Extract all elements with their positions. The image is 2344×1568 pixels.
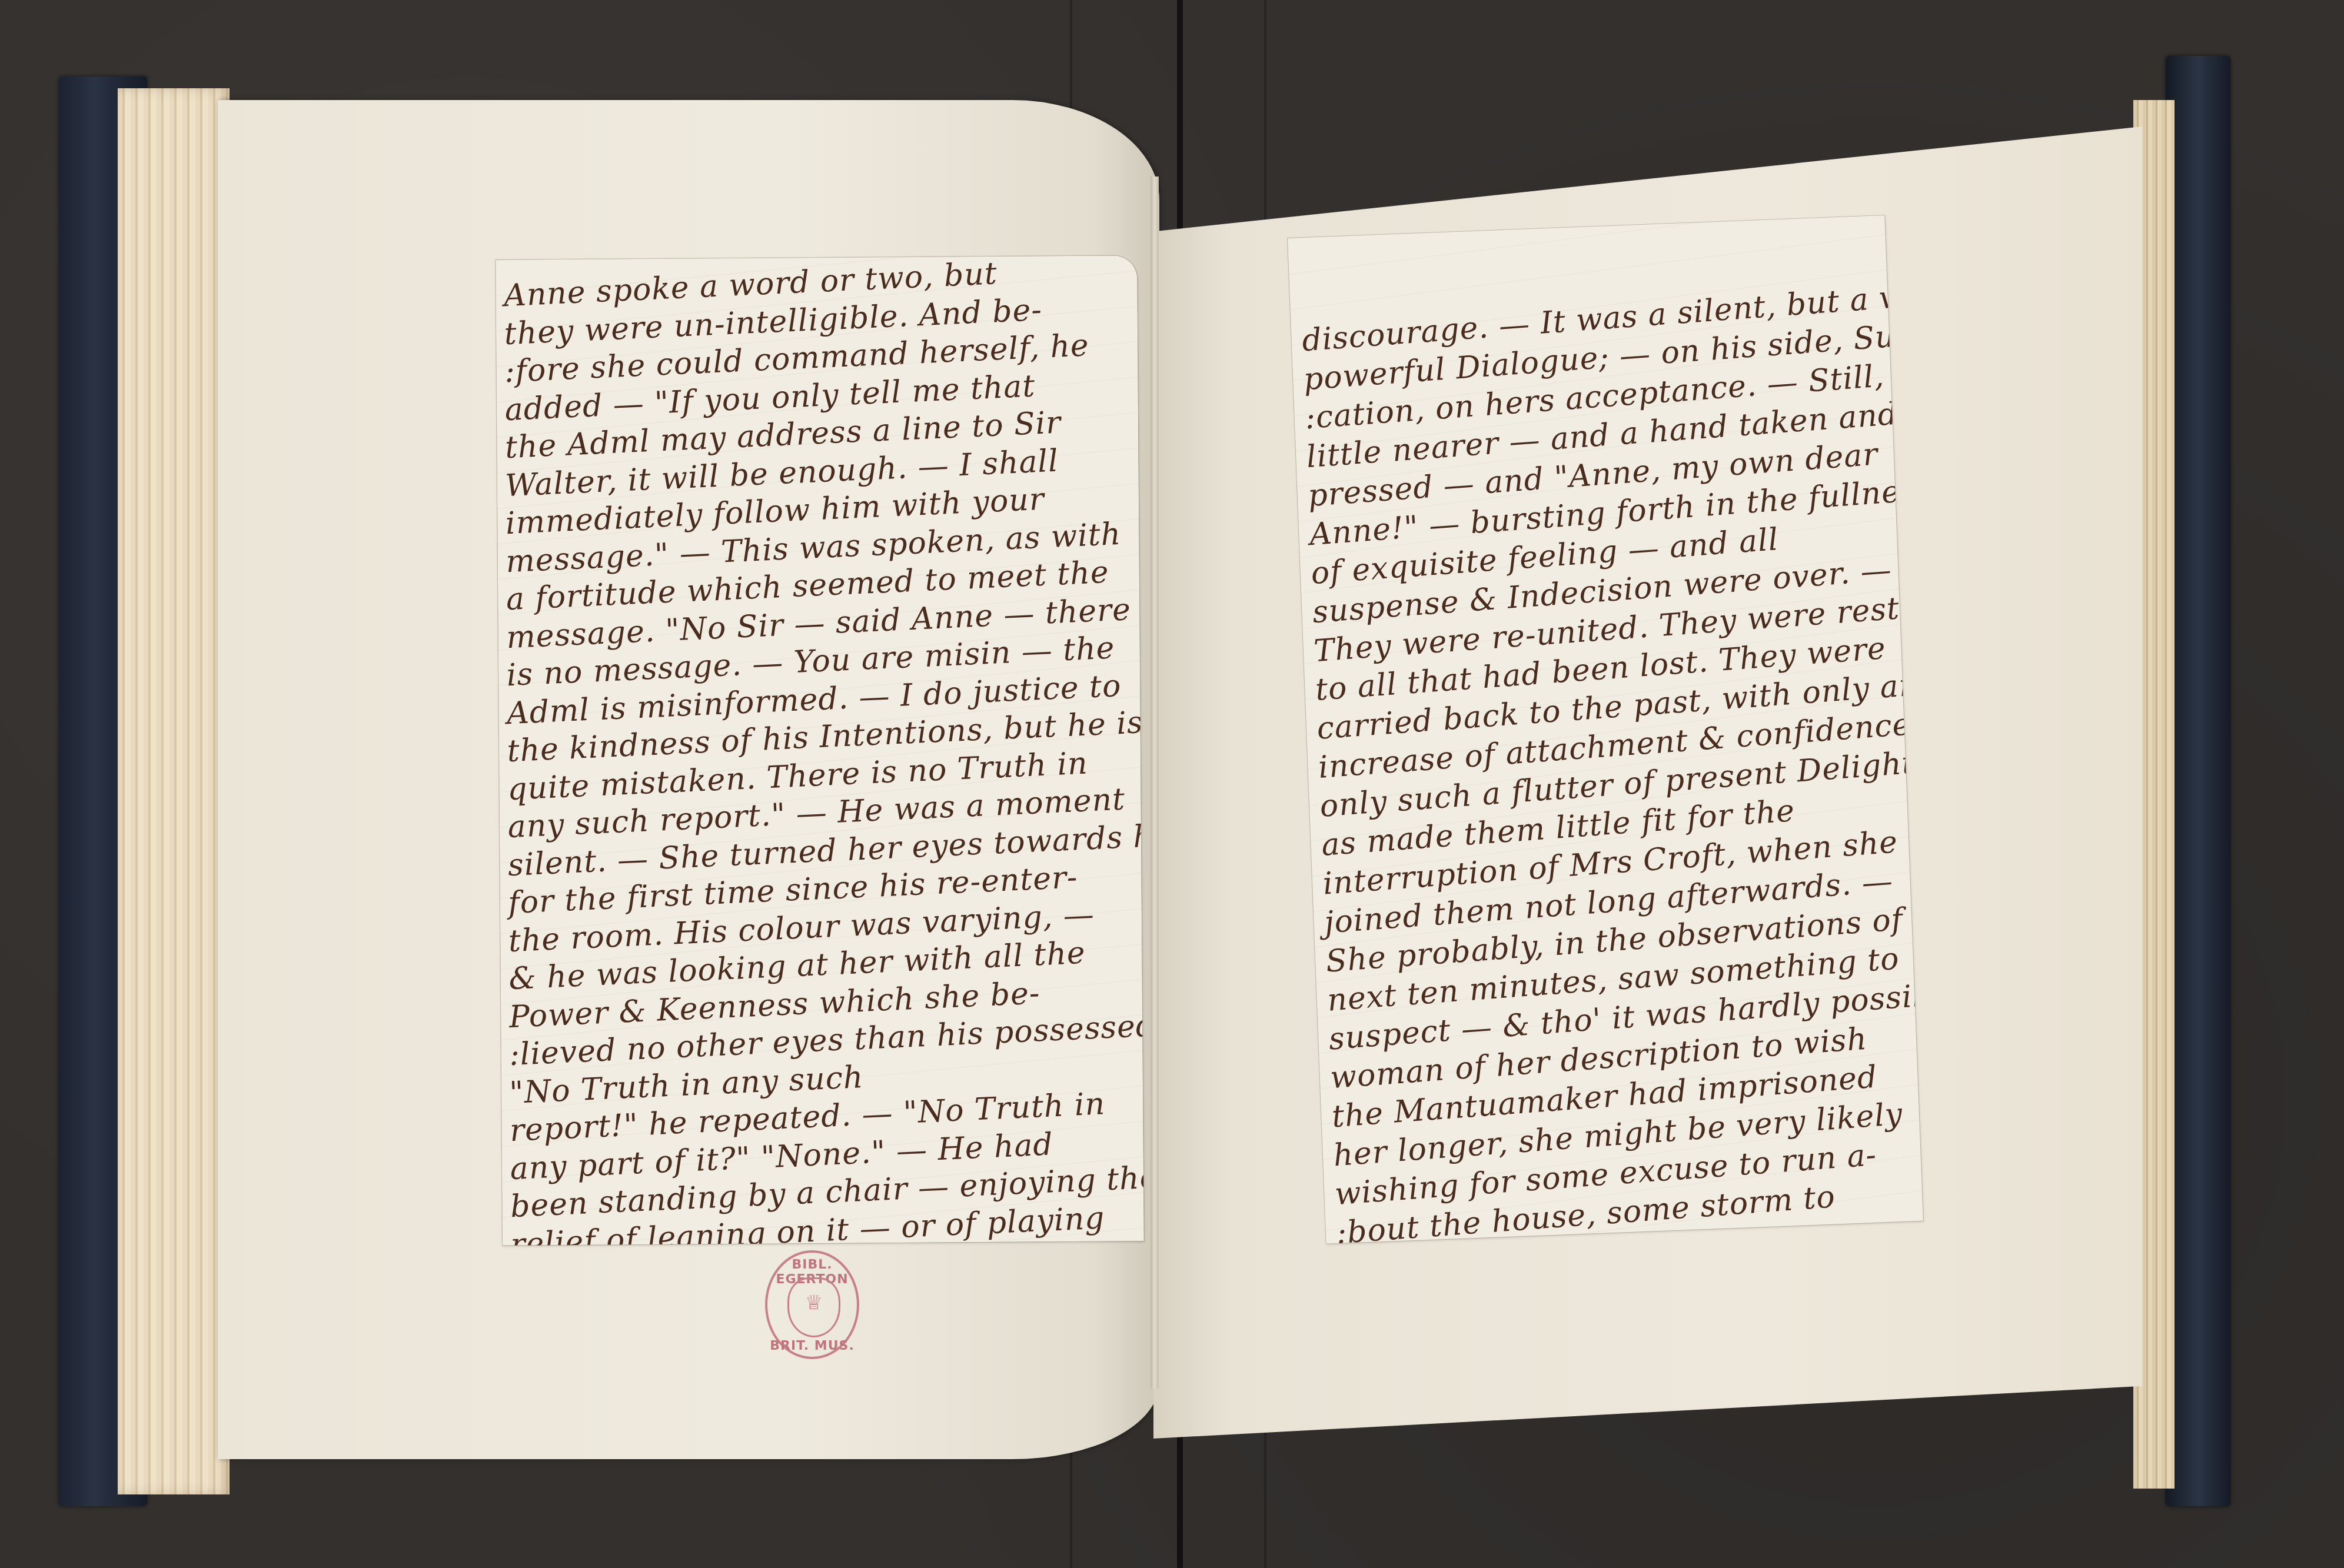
book-gutter [1151, 177, 1159, 1389]
manuscript-leaf-left: Anne spoke a word or two, but they were … [496, 255, 1144, 1246]
crown-icon: ♕ [789, 1291, 839, 1314]
manuscript-text-left: Anne spoke a word or two, but they were … [496, 277, 1143, 1246]
crest-shield-icon: ♕ [787, 1277, 840, 1337]
manuscript-text-right: discourage. — It was a silent, but a ver… [1291, 304, 1923, 1244]
book-cover-right [2166, 56, 2230, 1506]
library-stamp: BIBL. EGERTON ♕ BRIT. MUS. [765, 1250, 859, 1359]
page-edges-left [118, 88, 230, 1494]
manuscript-leaf-right: discourage. — It was a silent, but a ver… [1288, 215, 1923, 1244]
stamp-bottom-text: BRIT. MUS. [767, 1339, 857, 1353]
